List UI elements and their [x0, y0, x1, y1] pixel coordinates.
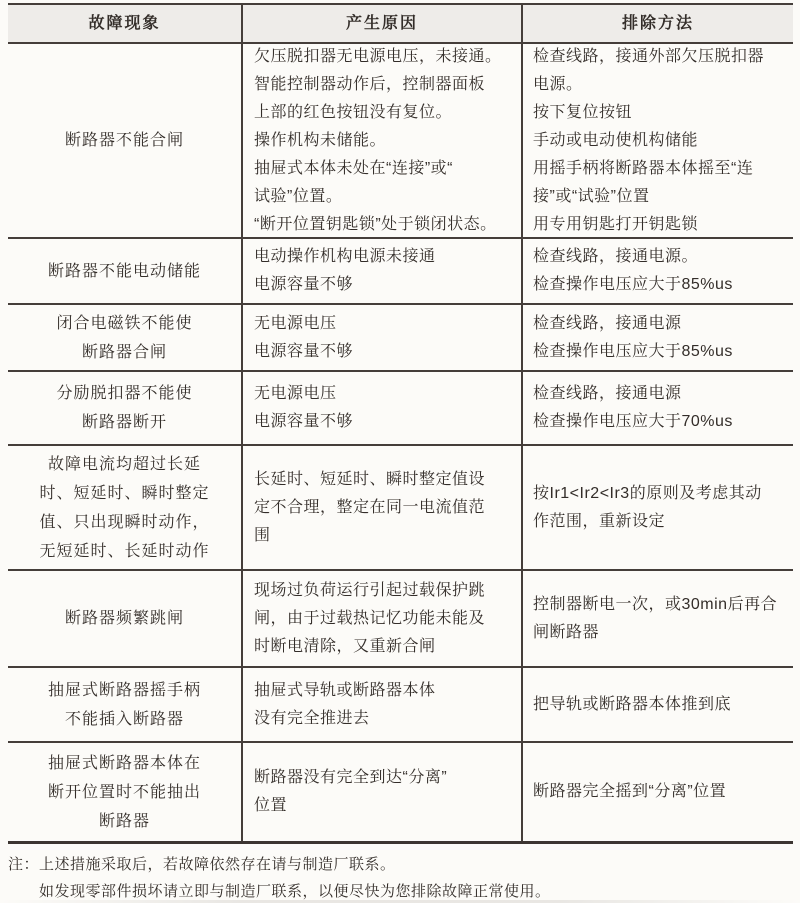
remedy-cell: 控制器断电一次，或30min后再合 闸断路器 — [523, 571, 793, 666]
header-remedy: 排除方法 — [523, 5, 793, 42]
remedy-cell: 检查线路，接通外部欠压脱扣器 电源。 按下复位按钮 手动或电动使机构储能 用摇手… — [523, 44, 793, 237]
fault-phenomenon-cell: 故障电流均超过长延 时、短延时、瞬时整定 值、只出现瞬时动作， 无短延时、长延时… — [8, 446, 243, 569]
remedy-cell: 按Ir1<Ir2<Ir3的原则及考虑其动 作范围，重新设定 — [523, 446, 793, 569]
header-cause: 产生原因 — [243, 5, 523, 42]
troubleshooting-table: 故障现象 产生原因 排除方法 断路器不能合闸 欠压脱扣器无电源电压，未接通。 智… — [8, 3, 793, 844]
cause-cell: 无电源电压 电源容量不够 — [243, 305, 523, 370]
cause-cell: 长延时、短延时、瞬时整定值设 定不合理，整定在同一电流值范 围 — [243, 446, 523, 569]
cause-cell: 断路器没有完全到达“分离” 位置 — [243, 743, 523, 841]
table-row: 分励脱扣器不能使 断路器断开 无电源电压 电源容量不够 检查线路，接通电源 检查… — [8, 372, 793, 446]
table-row: 抽屉式断路器本体在 断开位置时不能抽出 断路器 断路器没有完全到达“分离” 位置… — [8, 743, 793, 844]
fault-phenomenon-cell: 分励脱扣器不能使 断路器断开 — [8, 372, 243, 444]
remedy-cell: 检查线路，接通电源 检查操作电压应大于70%us — [523, 372, 793, 444]
table-row: 断路器频繁跳闸 现场过负荷运行引起过载保护跳 闸，由于过载热记忆功能未能及 时断… — [8, 571, 793, 668]
cause-cell: 无电源电压 电源容量不够 — [243, 372, 523, 444]
remedy-cell: 检查线路，接通电源 检查操作电压应大于85%us — [523, 305, 793, 370]
fault-phenomenon-cell: 闭合电磁铁不能使 断路器合闸 — [8, 305, 243, 370]
cause-cell: 现场过负荷运行引起过载保护跳 闸，由于过载热记忆功能未能及 时断电清除，又重新合… — [243, 571, 523, 666]
fault-phenomenon-cell: 抽屉式断路器摇手柄 不能插入断路器 — [8, 668, 243, 741]
table-row: 故障电流均超过长延 时、短延时、瞬时整定 值、只出现瞬时动作， 无短延时、长延时… — [8, 446, 793, 571]
fault-phenomenon-cell: 断路器不能电动储能 — [8, 239, 243, 303]
header-fault-phenomenon: 故障现象 — [8, 5, 243, 42]
table-row: 闭合电磁铁不能使 断路器合闸 无电源电压 电源容量不够 检查线路，接通电源 检查… — [8, 305, 793, 372]
remedy-cell: 把导轨或断路器本体推到底 — [523, 668, 793, 741]
fault-phenomenon-cell: 断路器频繁跳闸 — [8, 571, 243, 666]
table-row: 断路器不能合闸 欠压脱扣器无电源电压，未接通。 智能控制器动作后，控制器面板 上… — [8, 44, 793, 239]
table-header-row: 故障现象 产生原因 排除方法 — [8, 5, 793, 44]
table-row: 抽屉式断路器摇手柄 不能插入断路器 抽屉式导轨或断路器本体 没有完全推进去 把导… — [8, 668, 793, 743]
manual-page: 故障现象 产生原因 排除方法 断路器不能合闸 欠压脱扣器无电源电压，未接通。 智… — [0, 0, 800, 903]
fault-phenomenon-cell: 抽屉式断路器本体在 断开位置时不能抽出 断路器 — [8, 743, 243, 841]
cause-cell: 抽屉式导轨或断路器本体 没有完全推进去 — [243, 668, 523, 741]
cause-cell: 电动操作机构电源未接通 电源容量不够 — [243, 239, 523, 303]
footnotes: 注：上述措施采取后，若故障依然存在请与制造厂联系。 如发现零部件损坏请立即与制造… — [8, 851, 792, 903]
remedy-cell: 断路器完全摇到“分离”位置 — [523, 743, 793, 841]
remedy-cell: 检查线路，接通电源。 检查操作电压应大于85%us — [523, 239, 793, 303]
cause-cell: 欠压脱扣器无电源电压，未接通。 智能控制器动作后，控制器面板 上部的红色按钮没有… — [243, 44, 523, 237]
table-row: 断路器不能电动储能 电动操作机构电源未接通 电源容量不够 检查线路，接通电源。 … — [8, 239, 793, 305]
fault-phenomenon-cell: 断路器不能合闸 — [8, 44, 243, 237]
footnote-line: 注：上述措施采取后，若故障依然存在请与制造厂联系。 — [8, 851, 792, 878]
